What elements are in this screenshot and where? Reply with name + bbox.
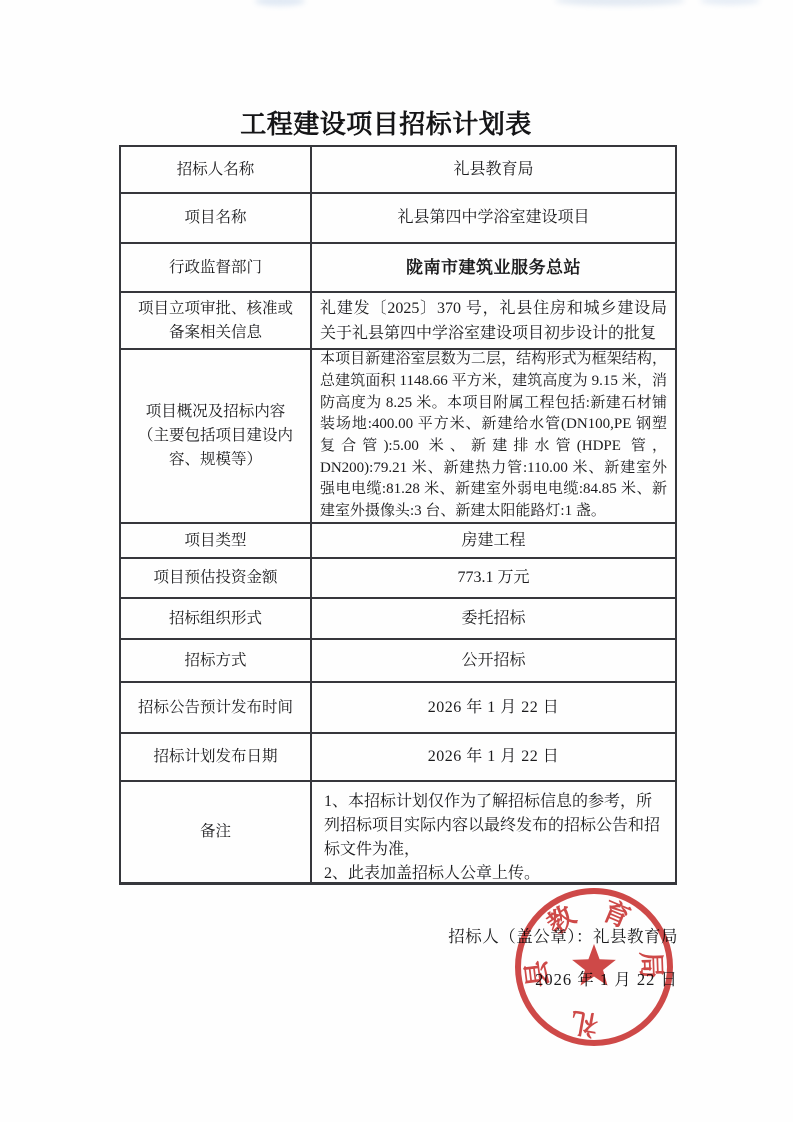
row-value-plan-publish-date: 2026 年 1 月 22 日 [312,734,675,782]
row-label-project-name: 项目名称 [121,194,312,244]
row-label-project-overview: 项目概况及招标内容（主要包括项目建设内容、规模等） [121,350,312,524]
row-value-announcement-expected-date: 2026 年 1 月 22 日 [312,683,675,734]
row-value-project-type: 房建工程 [312,524,675,559]
scanned-document-page: 工程建设项目招标计划表 招标人名称 礼县教育局 项目名称 礼县第四中学浴室建设项… [0,0,793,1122]
row-value-remarks: 1、本招标计划仅作为了解招标信息的参考，所列招标项目实际内容以最终发布的招标公告… [312,782,675,882]
signature-date: 2026 年 1 月 22 日 [535,966,678,990]
row-label-project-type: 项目类型 [121,524,312,559]
row-value-project-name: 礼县第四中学浴室建设项目 [312,194,675,244]
row-label-plan-publish-date: 招标计划发布日期 [121,734,312,782]
row-label-bidder-name: 招标人名称 [121,147,312,194]
row-label-bidding-method: 招标方式 [121,640,312,683]
row-value-supervision-dept: 陇南市建筑业服务总站 [312,244,675,293]
bidding-plan-table: 招标人名称 礼县教育局 项目名称 礼县第四中学浴室建设项目 行政监督部门 陇南市… [119,145,677,885]
row-label-remarks: 备注 [121,782,312,882]
row-label-announcement-expected-date: 招标公告预计发布时间 [121,683,312,734]
row-value-bidding-method: 公开招标 [312,640,675,683]
row-label-supervision-dept: 行政监督部门 [121,244,312,293]
document-title: 工程建设项目招标计划表 [0,104,772,141]
seal-char: 礼 [568,1006,600,1040]
row-value-estimated-investment: 773.1 万元 [312,559,675,599]
scan-bleed-mark [555,0,685,6]
row-label-approval-info: 项目立项审批、核准或备案相关信息 [121,293,312,350]
scan-bleed-mark [255,0,305,6]
scan-bleed-mark [700,0,760,5]
row-value-bidder-name: 礼县教育局 [312,147,675,194]
row-value-bidding-organization-form: 委托招标 [312,599,675,640]
row-value-approval-info: 礼建发〔2025〕370 号，礼县住房和城乡建设局关于礼县第四中学浴室建设项目初… [312,293,675,350]
signature-line: 招标人（盖公章）：礼县教育局 [448,923,678,947]
row-value-project-overview: 本项目新建浴室层数为二层，结构形式为框架结构，总建筑面积 1148.66 平方米… [312,350,675,524]
row-label-estimated-investment: 项目预估投资金额 [121,559,312,599]
row-label-bidding-organization-form: 招标组织形式 [121,599,312,640]
